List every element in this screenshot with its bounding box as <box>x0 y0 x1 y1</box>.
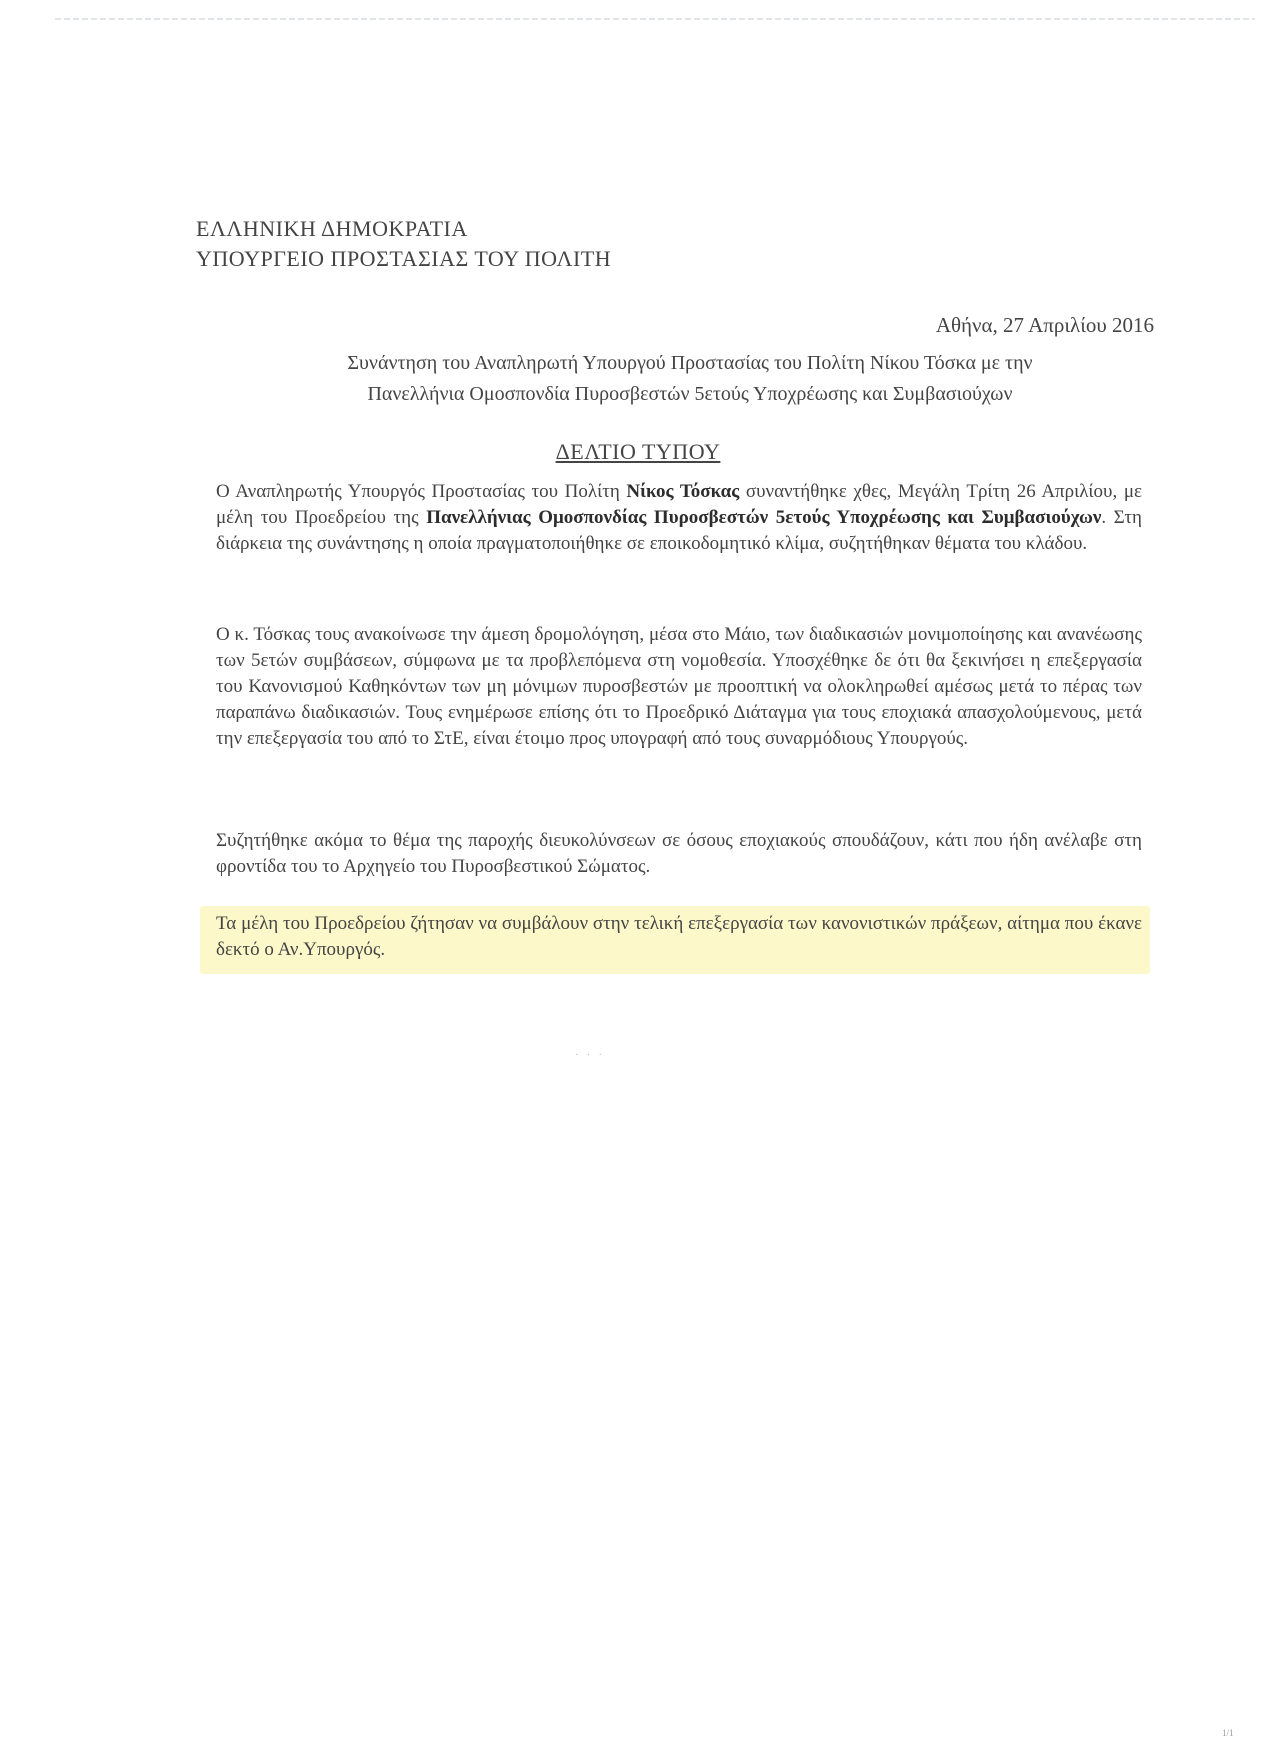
letterhead-country: ΕΛΛΗΝΙΚΗ ΔΗΜΟΚΡΑΤΙΑ <box>196 214 611 244</box>
letterhead-ministry: ΥΠΟΥΡΓΕΙΟ ΠΡΟΣΤΑΣΙΑΣ ΤΟΥ ΠΟΛΙΤΗ <box>196 244 611 274</box>
minister-name: Νίκος Τόσκας <box>626 481 739 502</box>
p1-text-a: Ο Αναπληρωτής Υπουργός Προστασίας του Πο… <box>216 481 626 502</box>
document-date: Αθήνα, 27 Απριλίου 2016 <box>936 313 1154 338</box>
paragraph-2: Ο κ. Τόσκας τους ανακοίνωσε την άμεση δρ… <box>216 622 1142 752</box>
press-release-title: ΔΕΛΤΙΟ ΤΥΠΟΥ <box>556 439 721 464</box>
document-subject: Συνάντηση του Αναπληρωτή Υπουργού Προστα… <box>230 348 1150 410</box>
paragraph-4-highlighted: Τα μέλη του Προεδρείου ζήτησαν να συμβάλ… <box>216 911 1142 963</box>
page-number: 1/1 <box>1222 1728 1234 1738</box>
scan-smudge: · · · <box>575 1050 605 1061</box>
subject-line-1: Συνάντηση του Αναπληρωτή Υπουργού Προστα… <box>230 348 1150 379</box>
document-title: ΔΕΛΤΙΟ ΤΥΠΟΥ <box>0 439 1276 465</box>
letterhead: ΕΛΛΗΝΙΚΗ ΔΗΜΟΚΡΑΤΙΑ ΥΠΟΥΡΓΕΙΟ ΠΡΟΣΤΑΣΙΑΣ… <box>196 214 611 274</box>
paragraph-1: Ο Αναπληρωτής Υπουργός Προστασίας του Πο… <box>216 479 1142 557</box>
scan-artifact-line <box>55 18 1255 20</box>
subject-line-2: Πανελλήνια Ομοσπονδία Πυροσβεστών 5ετούς… <box>230 379 1150 410</box>
federation-name: Πανελλήνιας Ομοσπονδίας Πυροσβεστών 5ετο… <box>426 507 1101 528</box>
paragraph-3: Συζητήθηκε ακόμα το θέμα της παροχής διε… <box>216 828 1142 880</box>
